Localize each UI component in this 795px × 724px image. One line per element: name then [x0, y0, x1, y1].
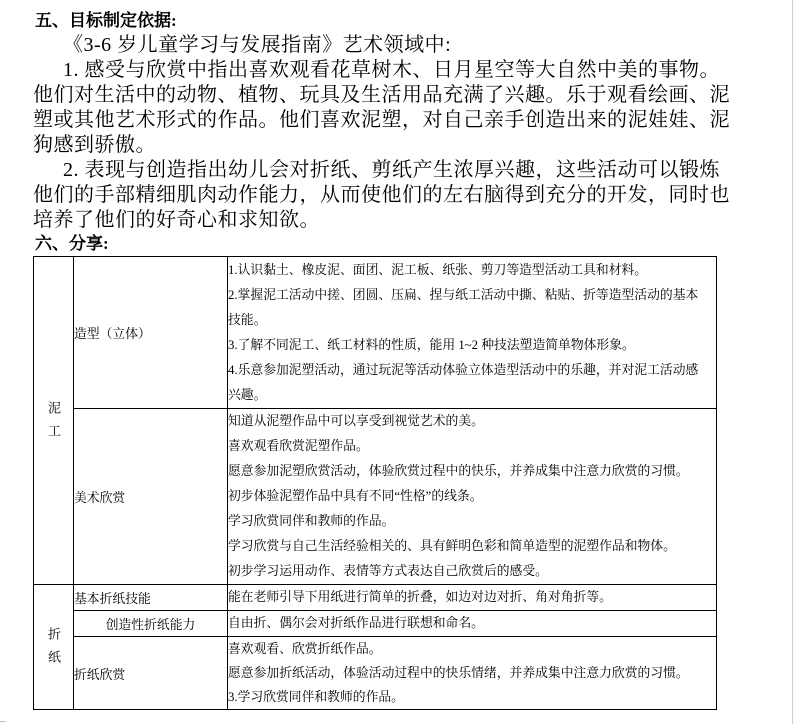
table-row: 创造性折纸能力 自由折、偶尔会对折纸作品进行联想和命名。 [34, 611, 717, 637]
goal-line: 3.学习欣赏同伴和教师的作品。 [228, 685, 716, 709]
category-label: 折纸 [44, 627, 63, 673]
table-row: 折纸欣赏 喜欢观看、欣赏折纸作品。 愿意参加折纸活动，体验活动过程中的快乐情绪，… [34, 637, 717, 710]
subcategory-cell: 创造性折纸能力 [74, 611, 228, 637]
goal-line: 学习欣赏与自己生活经验相关的、具有鲜明色彩和简单造型的泥塑作品和物体。 [228, 534, 716, 559]
subcategory-cell: 美术欣赏 [74, 409, 228, 585]
table-row: 折纸 基本折纸技能 能在老师引导下用纸进行简单的折叠，如边对边对折、角对角折等。 [34, 585, 717, 611]
goal-line: 学习欣赏同伴和教师的作品。 [228, 509, 716, 534]
goal-line: 技能。 [228, 308, 716, 333]
goal-line: 初步学习运用动作、表情等方式表达自己欣赏后的感受。 [228, 559, 716, 584]
subcategory-label: 折纸欣赏 [74, 668, 125, 682]
goals-cell: 喜欢观看、欣赏折纸作品。 愿意参加折纸活动，体验活动过程中的快乐情绪，并养成集中… [228, 637, 717, 710]
goal-line: 自由折、偶尔会对折纸作品进行联想和命名。 [228, 611, 716, 636]
section5-heading: 五、目标制定依据: [33, 8, 795, 33]
table-row: 美术欣赏 知道从泥塑作品中可以享受到视觉艺术的美。 喜欢观看欣赏泥塑作品。 愿意… [34, 409, 717, 585]
goal-line: 愿意参加折纸活动，体验活动过程中的快乐情绪，并养成集中注意力欣赏的习惯。 [228, 661, 716, 685]
paragraph-line: 他们的手部精细肌肉动作能力，从而使他们的左右脑得到充分的开发，同时也 [33, 183, 795, 208]
category-label: 泥工 [44, 401, 63, 447]
subcategory-cell: 基本折纸技能 [74, 585, 228, 611]
goal-line: 3.了解不同泥工、纸工材料的性质，能用 1~2 种技法塑造简单物体形象。 [228, 333, 716, 358]
goals-cell: 1.认识黏土、橡皮泥、面团、泥工板、纸张、剪刀等造型活动工具和材料。 2.掌握泥… [228, 257, 717, 409]
paragraph-line: 狗感到骄傲。 [33, 133, 795, 158]
paragraph-line: 《3-6 岁儿童学习与发展指南》艺术领域中: [33, 33, 795, 58]
paragraph-line: 培养了他们的好奇心和求知欲。 [33, 208, 795, 233]
subcategory-cell: 造型（立体） [74, 257, 228, 409]
subcategory-label: 美术欣赏 [74, 491, 125, 505]
goals-cell: 知道从泥塑作品中可以享受到视觉艺术的美。 喜欢观看欣赏泥塑作品。 愿意参加泥塑欣… [228, 409, 717, 585]
subcategory-label: 造型（立体） [74, 327, 151, 341]
category-cell-paper: 折纸 [34, 585, 74, 710]
goals-cell: 自由折、偶尔会对折纸作品进行联想和命名。 [228, 611, 717, 637]
paragraph-line: 塑或其他艺术形式的作品。他们喜欢泥塑，对自己亲手创造出来的泥娃娃、泥 [33, 108, 795, 133]
page-edge-bottom-left [0, 721, 6, 722]
goal-line: 愿意参加泥塑欣赏活动，体验欣赏过程中的快乐，并养成集中注意力欣赏的习惯。 [228, 459, 716, 484]
subcategory-label: 创造性折纸能力 [106, 618, 196, 632]
goal-line: 知道从泥塑作品中可以享受到视觉艺术的美。 [228, 409, 716, 434]
goal-line: 兴趣。 [228, 383, 716, 408]
subcategory-cell: 折纸欣赏 [74, 637, 228, 710]
goal-line: 喜欢观看欣赏泥塑作品。 [228, 434, 716, 459]
page-edge-right [792, 0, 793, 724]
paragraph-line: 2. 表现与创造指出幼儿会对折纸、剪纸产生浓厚兴趣，这些活动可以锻炼 [33, 158, 795, 183]
table-row: 泥工 造型（立体） 1.认识黏土、橡皮泥、面团、泥工板、纸张、剪刀等造型活动工具… [34, 257, 717, 409]
share-table: 泥工 造型（立体） 1.认识黏土、橡皮泥、面团、泥工板、纸张、剪刀等造型活动工具… [33, 256, 717, 710]
goal-line: 2.掌握泥工活动中搓、团圆、压扁、捏与纸工活动中撕、粘贴、折等造型活动的基本 [228, 283, 716, 308]
paragraph-line: 他们对生活中的动物、植物、玩具及生活用品充满了兴趣。乐于观看绘画、泥 [33, 83, 795, 108]
goal-line: 4.乐意参加泥塑活动，通过玩泥等活动体验立体造型活动中的乐趣，并对泥工活动感 [228, 358, 716, 383]
subcategory-label: 基本折纸技能 [74, 592, 151, 606]
goal-line: 能在老师引导下用纸进行简单的折叠，如边对边对折、角对角折等。 [228, 585, 716, 610]
document-page: 五、目标制定依据: 《3-6 岁儿童学习与发展指南》艺术领域中: 1. 感受与欣… [0, 0, 795, 724]
category-cell-clay: 泥工 [34, 257, 74, 585]
section6-heading: 六、分享: [33, 233, 795, 254]
goal-line: 1.认识黏土、橡皮泥、面团、泥工板、纸张、剪刀等造型活动工具和材料。 [228, 258, 716, 283]
section5-paragraph: 《3-6 岁儿童学习与发展指南》艺术领域中: 1. 感受与欣赏中指出喜欢观看花草… [33, 33, 795, 233]
goals-cell: 能在老师引导下用纸进行简单的折叠，如边对边对折、角对角折等。 [228, 585, 717, 611]
paragraph-line: 1. 感受与欣赏中指出喜欢观看花草树木、日月星空等大自然中美的事物。 [33, 58, 795, 83]
document-content: 五、目标制定依据: 《3-6 岁儿童学习与发展指南》艺术领域中: 1. 感受与欣… [0, 0, 795, 710]
goal-line: 喜欢观看、欣赏折纸作品。 [228, 637, 716, 661]
goal-line: 初步体验泥塑作品中具有不同“性格”的线条。 [228, 484, 716, 509]
